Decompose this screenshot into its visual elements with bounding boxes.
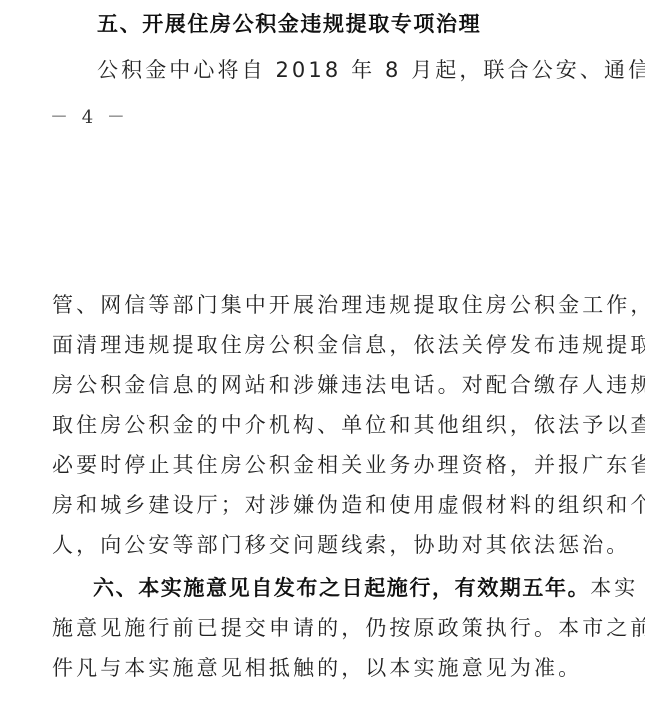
- paragraph-line: 人，向公安等部门移交问题线索，协助对其依法惩治。: [52, 533, 630, 557]
- paragraph-line: 管、网信等部门集中开展治理违规提取住房公积金工作，全: [52, 293, 645, 317]
- paragraph-line: 必要时停止其住房公积金相关业务办理资格，并报广东省住: [52, 453, 645, 477]
- paragraph-line: 件凡与本实施意见相抵触的，以本实施意见为准。: [52, 656, 582, 680]
- section-six-bold-text: 六、本实施意见自发布之日起施行，有效期五年。: [93, 576, 590, 600]
- section-six-rest-text: 本实: [590, 576, 638, 600]
- section-heading-six: 六、本实施意见自发布之日起施行，有效期五年。本实: [93, 576, 638, 600]
- section-heading-five: 五、开展住房公积金违规提取专项治理: [97, 12, 481, 36]
- paragraph-line: 施意见施行前已提交申请的，仍按原政策执行。本市之前文: [52, 616, 645, 640]
- paragraph-line: 房和城乡建设厅；对涉嫌伪造和使用虚假材料的组织和个: [52, 493, 645, 517]
- paragraph-line: 公积金中心将自 2018 年 8 月起，联合公安、通信、城: [97, 58, 645, 82]
- paragraph-line: 取住房公积金的中介机构、单位和其他组织，依法予以查处，: [52, 413, 645, 437]
- page-number: － 4 －: [50, 103, 129, 129]
- paragraph-line: 面清理违规提取住房公积金信息，依法关停发布违规提取住: [52, 333, 645, 357]
- paragraph-line: 房公积金信息的网站和涉嫌违法电话。对配合缴存人违规提: [52, 373, 645, 397]
